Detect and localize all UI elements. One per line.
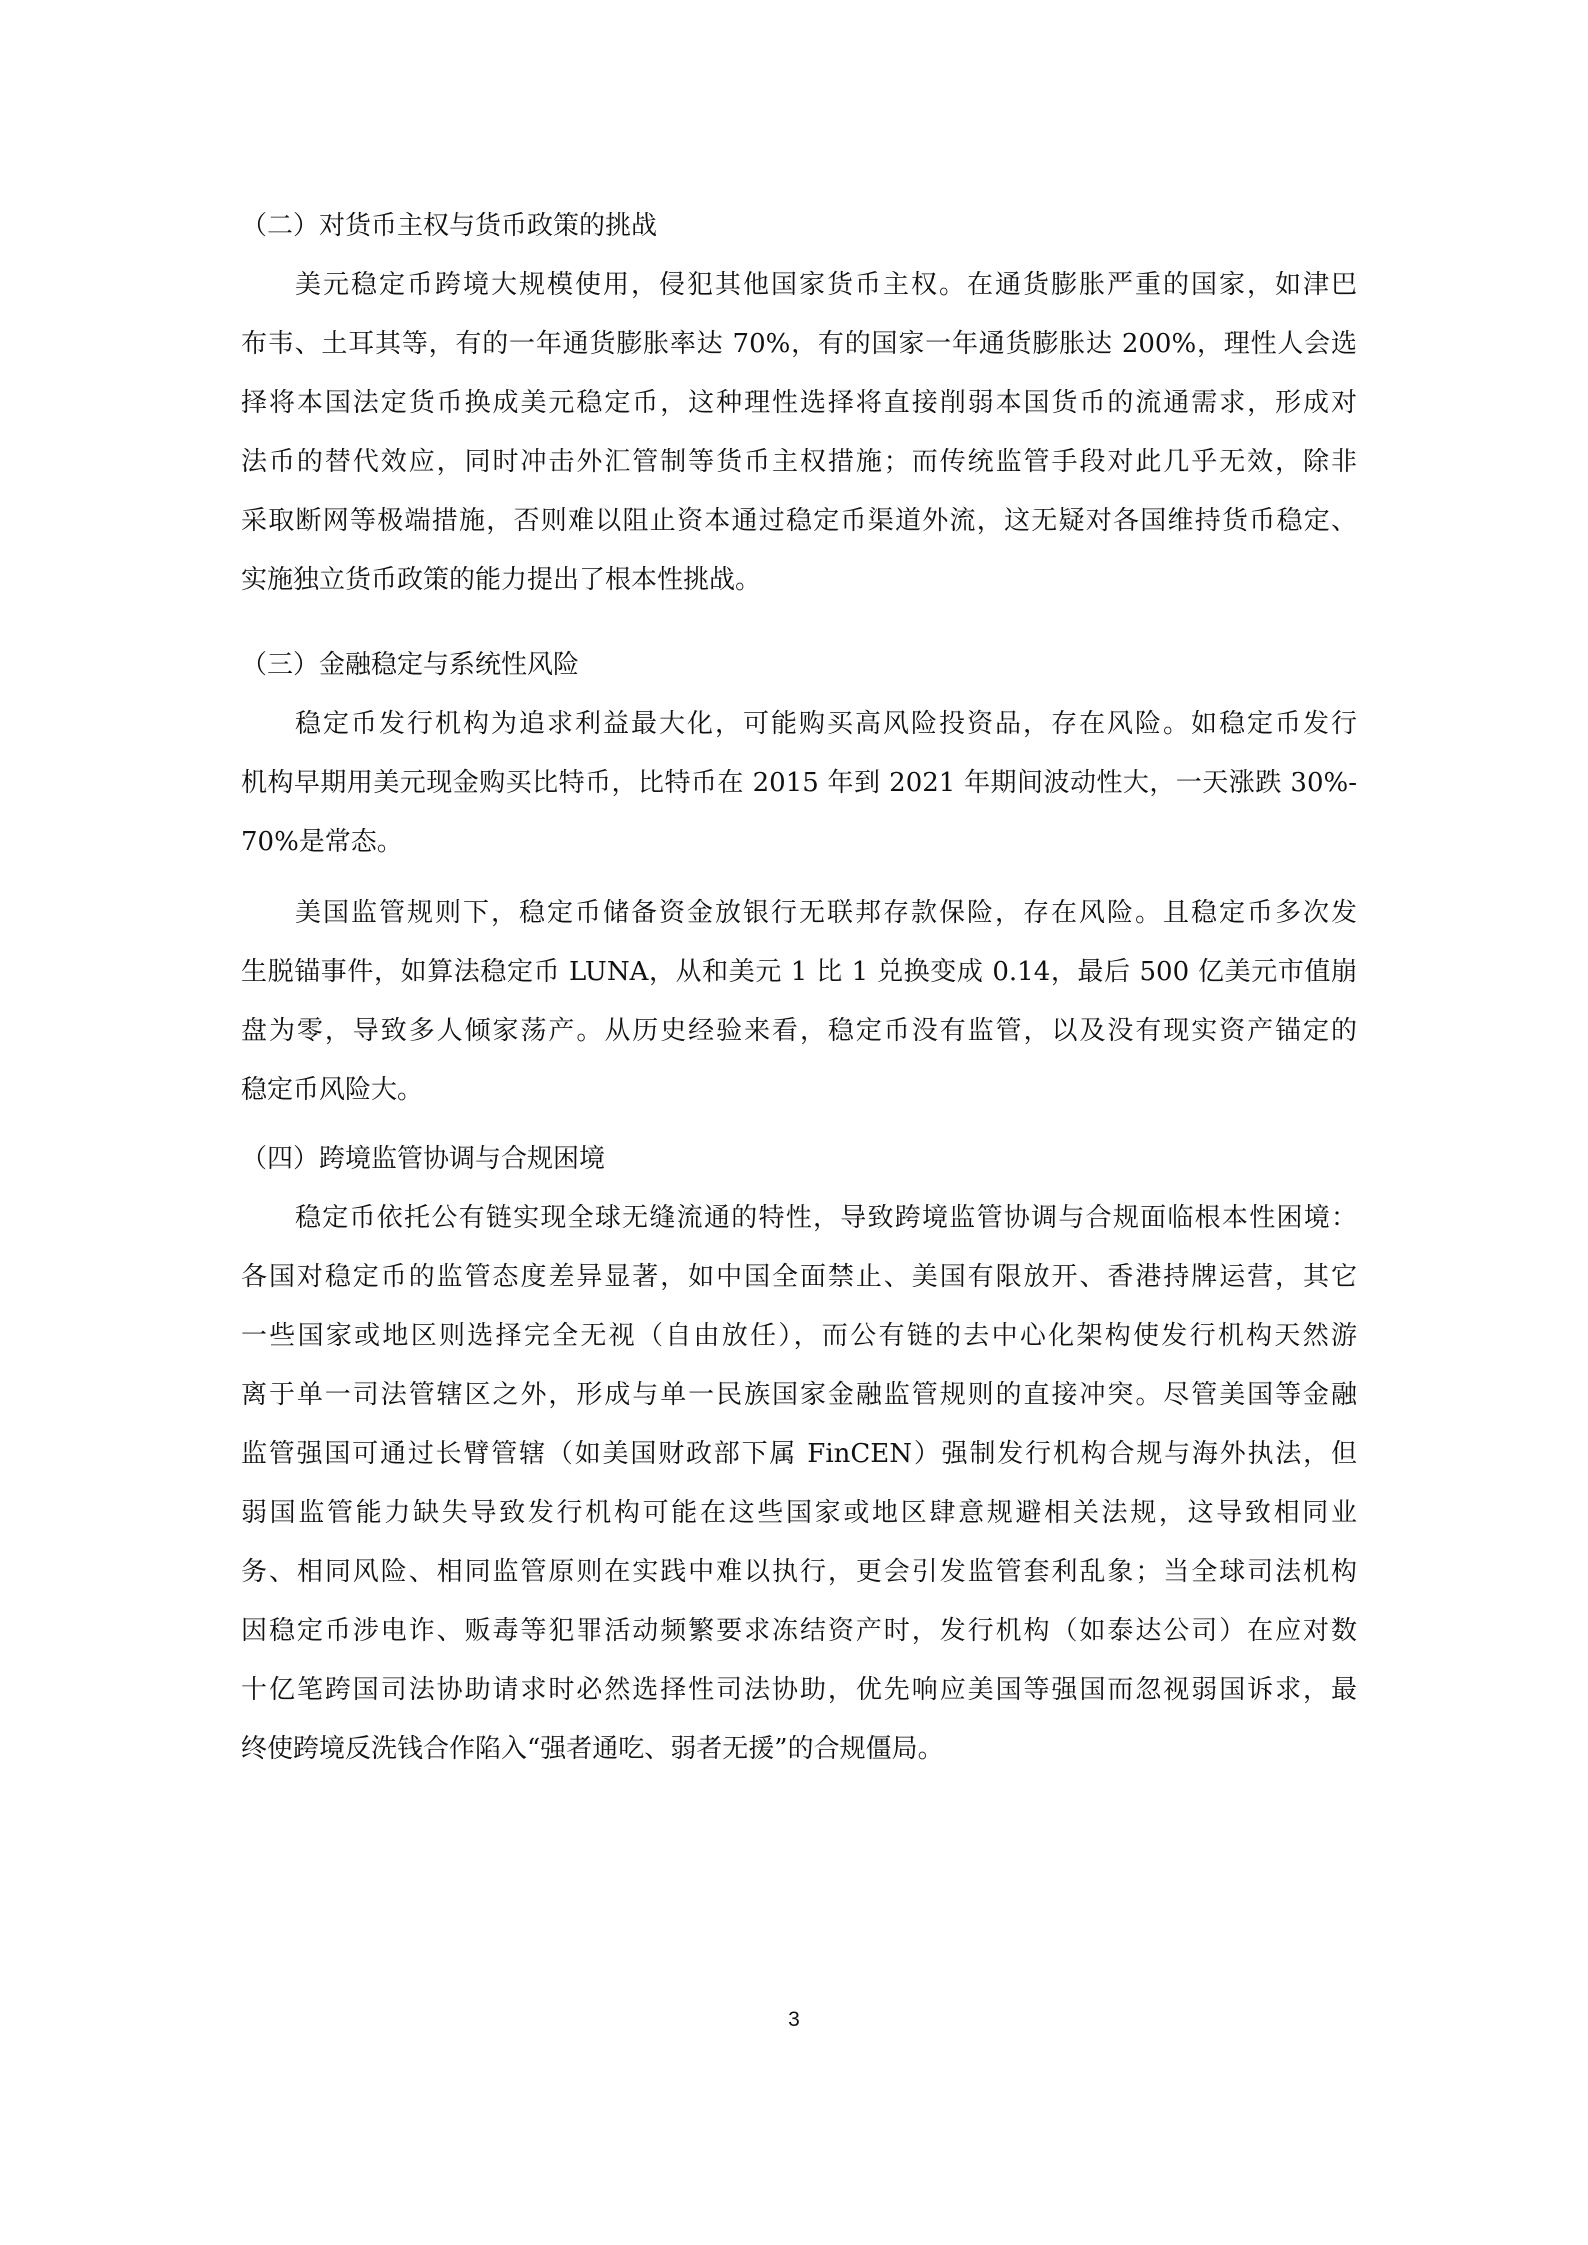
paragraph-line: 美国监管规则下，稳定币储备资金放银行无联邦存款保险，存在风险。且稳定币多次发 [295, 893, 1357, 933]
paragraph-line: 终使跨境反洗钱合作陷入“强者通吃、弱者无援”的合规僵局。 [241, 1729, 1357, 1769]
paragraph-line: 实施独立货币政策的能力提出了根本性挑战。 [241, 560, 1357, 600]
paragraph-line: 美元稳定币跨境大规模使用，侵犯其他国家货币主权。在通货膨胀严重的国家，如津巴 [295, 265, 1357, 305]
paragraph-line: 弱国监管能力缺失导致发行机构可能在这些国家或地区肆意规避相关法规，这导致相同业 [241, 1493, 1357, 1533]
paragraph-line: 70%是常态。 [241, 822, 1357, 862]
paragraph-line: 机构早期用美元现金购买比特币，比特币在 2015 年到 2021 年期间波动性大… [241, 763, 1357, 803]
section-heading-3: （三）金融稳定与系统性风险 [241, 645, 579, 685]
paragraph-line: 离于单一司法管辖区之外，形成与单一民族国家金融监管规则的直接冲突。尽管美国等金融 [241, 1375, 1357, 1415]
page-number: 3 [780, 2008, 808, 2032]
paragraph-line: 布韦、土耳其等，有的一年通货膨胀率达 70%，有的国家一年通货膨胀达 200%，… [241, 324, 1357, 364]
paragraph-line: 择将本国法定货币换成美元稳定币，这种理性选择将直接削弱本国货币的流通需求，形成对 [241, 383, 1357, 423]
paragraph-line: 务、相同风险、相同监管原则在实践中难以执行，更会引发监管套利乱象；当全球司法机构 [241, 1552, 1357, 1592]
document-page: （二）对货币主权与货币政策的挑战 美元稳定币跨境大规模使用，侵犯其他国家货币主权… [0, 0, 1588, 2245]
paragraph-line: 监管强国可通过长臂管辖（如美国财政部下属 FinCEN）强制发行机构合规与海外执… [241, 1434, 1357, 1474]
paragraph-line: 稳定币风险大。 [241, 1070, 1357, 1110]
section-heading-2: （二）对货币主权与货币政策的挑战 [241, 206, 657, 246]
paragraph-line: 一些国家或地区则选择完全无视（自由放任），而公有链的去中心化架构使发行机构天然游 [241, 1316, 1357, 1356]
section-heading-4: （四）跨境监管协调与合规困境 [241, 1139, 605, 1179]
paragraph-line: 生脱锚事件，如算法稳定币 LUNA，从和美元 1 比 1 兑换变成 0.14，最… [241, 952, 1357, 992]
paragraph-line: 因稳定币涉电诈、贩毒等犯罪活动频繁要求冻结资产时，发行机构（如泰达公司）在应对数 [241, 1611, 1357, 1651]
paragraph-line: 稳定币发行机构为追求利益最大化，可能购买高风险投资品，存在风险。如稳定币发行 [295, 704, 1357, 744]
paragraph-line: 采取断网等极端措施，否则难以阻止资本通过稳定币渠道外流，这无疑对各国维持货币稳定… [241, 501, 1357, 541]
paragraph-line: 法币的替代效应，同时冲击外汇管制等货币主权措施；而传统监管手段对此几乎无效，除非 [241, 442, 1357, 482]
paragraph-line: 各国对稳定币的监管态度差异显著，如中国全面禁止、美国有限放开、香港持牌运营，其它 [241, 1257, 1357, 1297]
paragraph-line: 稳定币依托公有链实现全球无缝流通的特性，导致跨境监管协调与合规面临根本性困境： [295, 1198, 1357, 1238]
paragraph-line: 十亿笔跨国司法协助请求时必然选择性司法协助，优先响应美国等强国而忽视弱国诉求，最 [241, 1670, 1357, 1710]
paragraph-line: 盘为零，导致多人倾家荡产。从历史经验来看，稳定币没有监管，以及没有现实资产锚定的 [241, 1011, 1357, 1051]
